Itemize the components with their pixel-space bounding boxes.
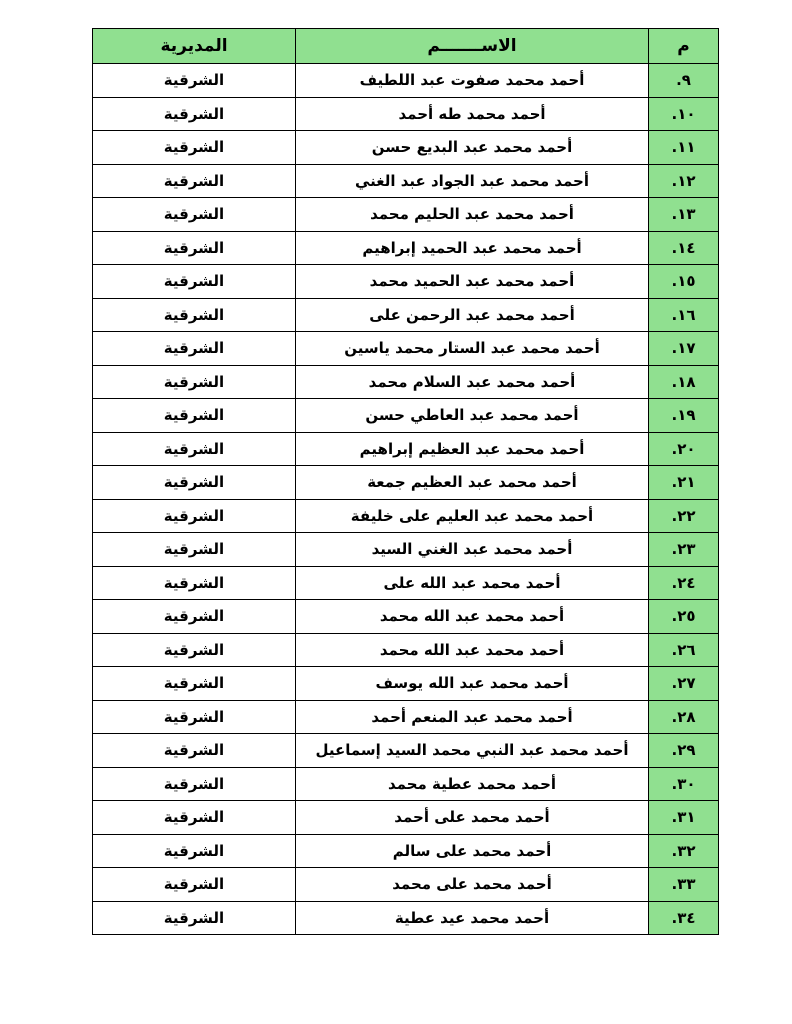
row-number-cell: ٢٧. — [649, 667, 719, 701]
table-row: ١٣. أحمد محمد عبد الحليم محمد الشرقية — [93, 198, 719, 232]
column-header-directorate: المديرية — [93, 29, 296, 64]
row-name-cell: أحمد محمد على أحمد — [296, 801, 649, 835]
row-number-cell: ٣٢. — [649, 834, 719, 868]
table-row: ٣٣. أحمد محمد على محمد الشرقية — [93, 868, 719, 902]
row-number-cell: ١٤. — [649, 231, 719, 265]
row-name-cell: أحمد محمد عبد العاطي حسن — [296, 399, 649, 433]
row-number-cell: ١٠. — [649, 97, 719, 131]
table-row: ١٩. أحمد محمد عبد العاطي حسن الشرقية — [93, 399, 719, 433]
row-number-cell: ٢١. — [649, 466, 719, 500]
row-directorate-cell: الشرقية — [93, 600, 296, 634]
row-directorate-cell: الشرقية — [93, 499, 296, 533]
row-number-cell: ١٨. — [649, 365, 719, 399]
row-name-cell: أحمد محمد عبد الله على — [296, 566, 649, 600]
row-number-cell: ١٣. — [649, 198, 719, 232]
table-row: ٢٥. أحمد محمد عبد الله محمد الشرقية — [93, 600, 719, 634]
row-name-cell: أحمد محمد طه أحمد — [296, 97, 649, 131]
row-number-cell: ٢٦. — [649, 633, 719, 667]
table-row: ٢٣. أحمد محمد عبد الغني السيد الشرقية — [93, 533, 719, 567]
row-directorate-cell: الشرقية — [93, 901, 296, 935]
table-row: ٢٩. أحمد محمد عبد النبي محمد السيد إسماع… — [93, 734, 719, 768]
row-name-cell: أحمد محمد عطية محمد — [296, 767, 649, 801]
table-body: ٩. أحمد محمد صفوت عبد اللطيف الشرقية ١٠.… — [93, 64, 719, 935]
row-number-cell: ٢٨. — [649, 700, 719, 734]
row-number-cell: ١٩. — [649, 399, 719, 433]
row-directorate-cell: الشرقية — [93, 131, 296, 165]
row-name-cell: أحمد محمد عبد الحميد إبراهيم — [296, 231, 649, 265]
row-number-cell: ٣١. — [649, 801, 719, 835]
table-row: ١٨. أحمد محمد عبد السلام محمد الشرقية — [93, 365, 719, 399]
row-name-cell: أحمد محمد عبد العظيم جمعة — [296, 466, 649, 500]
table-row: ٩. أحمد محمد صفوت عبد اللطيف الشرقية — [93, 64, 719, 98]
row-name-cell: أحمد محمد عبد العظيم إبراهيم — [296, 432, 649, 466]
row-name-cell: أحمد محمد عبد الجواد عبد الغني — [296, 164, 649, 198]
row-name-cell: أحمد محمد عبد الله محمد — [296, 600, 649, 634]
table-row: ٢٤. أحمد محمد عبد الله على الشرقية — [93, 566, 719, 600]
table-row: ٣٠. أحمد محمد عطية محمد الشرقية — [93, 767, 719, 801]
table-row: ١٥. أحمد محمد عبد الحميد محمد الشرقية — [93, 265, 719, 299]
table-row: ١٦. أحمد محمد عبد الرحمن على الشرقية — [93, 298, 719, 332]
row-name-cell: أحمد محمد على سالم — [296, 834, 649, 868]
column-header-name: الاســـــــم — [296, 29, 649, 64]
row-directorate-cell: الشرقية — [93, 767, 296, 801]
row-name-cell: أحمد محمد عبد السلام محمد — [296, 365, 649, 399]
table-row: ٢١. أحمد محمد عبد العظيم جمعة الشرقية — [93, 466, 719, 500]
table-row: ١٢. أحمد محمد عبد الجواد عبد الغني الشرق… — [93, 164, 719, 198]
row-directorate-cell: الشرقية — [93, 834, 296, 868]
row-name-cell: أحمد محمد عبد الحليم محمد — [296, 198, 649, 232]
row-number-cell: ١٦. — [649, 298, 719, 332]
table-header: م الاســـــــم المديرية — [93, 29, 719, 64]
row-directorate-cell: الشرقية — [93, 64, 296, 98]
row-name-cell: أحمد محمد صفوت عبد اللطيف — [296, 64, 649, 98]
row-name-cell: أحمد محمد عبد الغني السيد — [296, 533, 649, 567]
row-directorate-cell: الشرقية — [93, 265, 296, 299]
row-number-cell: ١١. — [649, 131, 719, 165]
row-name-cell: أحمد محمد على محمد — [296, 868, 649, 902]
table-row: ٢٠. أحمد محمد عبد العظيم إبراهيم الشرقية — [93, 432, 719, 466]
row-number-cell: ١٧. — [649, 332, 719, 366]
row-directorate-cell: الشرقية — [93, 633, 296, 667]
header-row: م الاســـــــم المديرية — [93, 29, 719, 64]
row-directorate-cell: الشرقية — [93, 97, 296, 131]
row-number-cell: ٢٠. — [649, 432, 719, 466]
table-row: ٢٦. أحمد محمد عبد الله محمد الشرقية — [93, 633, 719, 667]
row-name-cell: أحمد محمد عبد الحميد محمد — [296, 265, 649, 299]
row-number-cell: ٢٢. — [649, 499, 719, 533]
table-row: ٣٢. أحمد محمد على سالم الشرقية — [93, 834, 719, 868]
row-name-cell: أحمد محمد عبد النبي محمد السيد إسماعيل — [296, 734, 649, 768]
table-row: ١٤. أحمد محمد عبد الحميد إبراهيم الشرقية — [93, 231, 719, 265]
table-row: ٢٧. أحمد محمد عبد الله يوسف الشرقية — [93, 667, 719, 701]
column-header-number: م — [649, 29, 719, 64]
row-directorate-cell: الشرقية — [93, 533, 296, 567]
row-directorate-cell: الشرقية — [93, 198, 296, 232]
row-name-cell: أحمد محمد عبد الستار محمد ياسين — [296, 332, 649, 366]
row-directorate-cell: الشرقية — [93, 566, 296, 600]
row-directorate-cell: الشرقية — [93, 332, 296, 366]
table-row: ١٠. أحمد محمد طه أحمد الشرقية — [93, 97, 719, 131]
row-number-cell: ٢٣. — [649, 533, 719, 567]
row-name-cell: أحمد محمد عبد المنعم أحمد — [296, 700, 649, 734]
row-directorate-cell: الشرقية — [93, 801, 296, 835]
row-directorate-cell: الشرقية — [93, 466, 296, 500]
row-name-cell: أحمد محمد عبد الرحمن على — [296, 298, 649, 332]
row-name-cell: أحمد محمد عيد عطية — [296, 901, 649, 935]
row-number-cell: ٢٤. — [649, 566, 719, 600]
row-name-cell: أحمد محمد عبد البديع حسن — [296, 131, 649, 165]
row-name-cell: أحمد محمد عبد الله محمد — [296, 633, 649, 667]
table-row: ٢٢. أحمد محمد عبد العليم على خليفة الشرق… — [93, 499, 719, 533]
table-row: ٣١. أحمد محمد على أحمد الشرقية — [93, 801, 719, 835]
row-name-cell: أحمد محمد عبد العليم على خليفة — [296, 499, 649, 533]
row-directorate-cell: الشرقية — [93, 164, 296, 198]
row-directorate-cell: الشرقية — [93, 868, 296, 902]
document-page: م الاســـــــم المديرية ٩. أحمد محمد صفو… — [0, 0, 792, 1024]
row-directorate-cell: الشرقية — [93, 432, 296, 466]
table-row: ١٧. أحمد محمد عبد الستار محمد ياسين الشر… — [93, 332, 719, 366]
row-name-cell: أحمد محمد عبد الله يوسف — [296, 667, 649, 701]
table-row: ٢٨. أحمد محمد عبد المنعم أحمد الشرقية — [93, 700, 719, 734]
row-number-cell: ٣٣. — [649, 868, 719, 902]
row-number-cell: ١٢. — [649, 164, 719, 198]
table-row: ٣٤. أحمد محمد عيد عطية الشرقية — [93, 901, 719, 935]
row-number-cell: ١٥. — [649, 265, 719, 299]
names-roster-table: م الاســـــــم المديرية ٩. أحمد محمد صفو… — [92, 28, 719, 935]
row-directorate-cell: الشرقية — [93, 399, 296, 433]
row-number-cell: ٣٠. — [649, 767, 719, 801]
row-number-cell: ٢٩. — [649, 734, 719, 768]
row-number-cell: ٩. — [649, 64, 719, 98]
row-directorate-cell: الشرقية — [93, 700, 296, 734]
row-directorate-cell: الشرقية — [93, 667, 296, 701]
row-number-cell: ٣٤. — [649, 901, 719, 935]
row-directorate-cell: الشرقية — [93, 365, 296, 399]
row-directorate-cell: الشرقية — [93, 298, 296, 332]
row-directorate-cell: الشرقية — [93, 231, 296, 265]
row-number-cell: ٢٥. — [649, 600, 719, 634]
row-directorate-cell: الشرقية — [93, 734, 296, 768]
table-row: ١١. أحمد محمد عبد البديع حسن الشرقية — [93, 131, 719, 165]
